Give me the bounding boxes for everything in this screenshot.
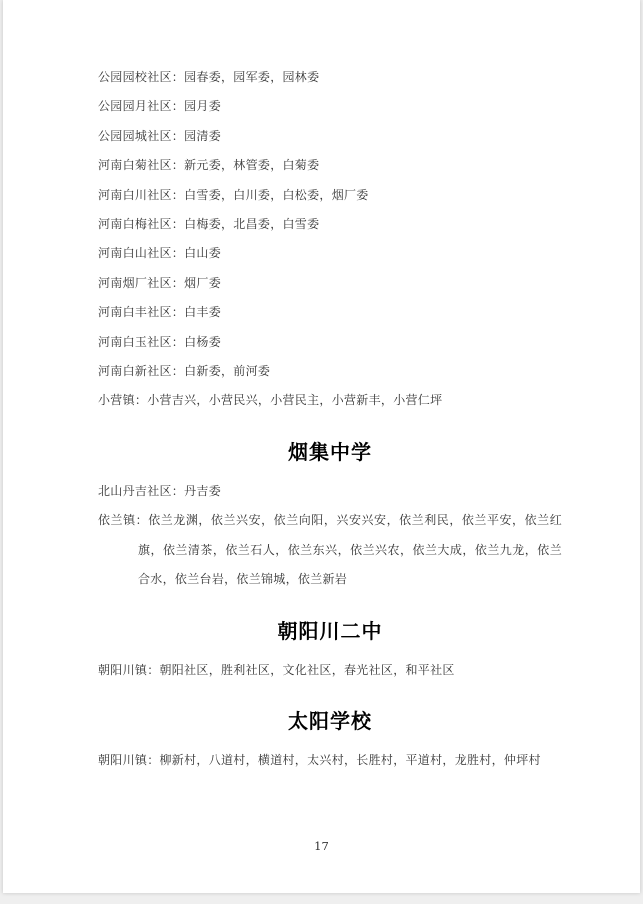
page-number: 17 (3, 839, 640, 853)
school-heading: 太阳学校 (98, 707, 562, 736)
district-entry: 河南白新社区：白新委，前河委 (98, 357, 562, 386)
school-heading: 烟集中学 (98, 438, 562, 467)
district-entry: 河南烟厂社区：烟厂委 (98, 269, 562, 298)
district-entry: 河南白梅社区：白梅委，北昌委，白雪委 (98, 210, 562, 239)
district-entry: 依兰镇：依兰龙渊，依兰兴安，依兰向阳，兴安兴安，依兰利民，依兰平安，依兰红旗，依… (98, 506, 562, 594)
district-entry: 河南白玉社区：白杨委 (98, 328, 562, 357)
district-entry: 公园园校社区：园春委，园军委，园林委 (98, 63, 562, 92)
district-entry: 朝阳川镇：朝阳社区，胜利社区，文化社区，春光社区，和平社区 (98, 656, 562, 685)
district-entry: 公园园月社区：园月委 (98, 92, 562, 121)
section-chaoyangchuan-no2-school: 朝阳川二中 朝阳川镇：朝阳社区，胜利社区，文化社区，春光社区，和平社区 (98, 617, 562, 685)
section-yanji-middle-school: 烟集中学 北山丹吉社区：丹吉委 依兰镇：依兰龙渊，依兰兴安，依兰向阳，兴安兴安，… (98, 438, 562, 595)
district-entry: 河南白川社区：白雪委，白川委，白松委，烟厂委 (98, 181, 562, 210)
district-entry: 小营镇：小营吉兴，小营民兴，小营民主，小营新丰，小营仁坪 (98, 386, 562, 415)
school-heading: 朝阳川二中 (98, 617, 562, 646)
district-entry: 朝阳川镇：柳新村，八道村，横道村，太兴村，长胜村，平道村，龙胜村，仲坪村 (98, 746, 562, 775)
document-page: 公园园校社区：园春委，园军委，园林委 公园园月社区：园月委 公园园城社区：园清委… (3, 0, 640, 893)
district-entry: 北山丹吉社区：丹吉委 (98, 477, 562, 506)
district-entry: 公园园城社区：园清委 (98, 122, 562, 151)
district-entry: 河南白丰社区：白丰委 (98, 298, 562, 327)
section-unnamed-school: 公园园校社区：园春委，园军委，园林委 公园园月社区：园月委 公园园城社区：园清委… (98, 63, 562, 416)
district-entry: 河南白菊社区：新元委，林管委，白菊委 (98, 151, 562, 180)
document-viewport: 公园园校社区：园春委，园军委，园林委 公园园月社区：园月委 公园园城社区：园清委… (0, 0, 643, 904)
district-entry: 河南白山社区：白山委 (98, 239, 562, 268)
section-taiyang-school: 太阳学校 朝阳川镇：柳新村，八道村，横道村，太兴村，长胜村，平道村，龙胜村，仲坪… (98, 707, 562, 775)
